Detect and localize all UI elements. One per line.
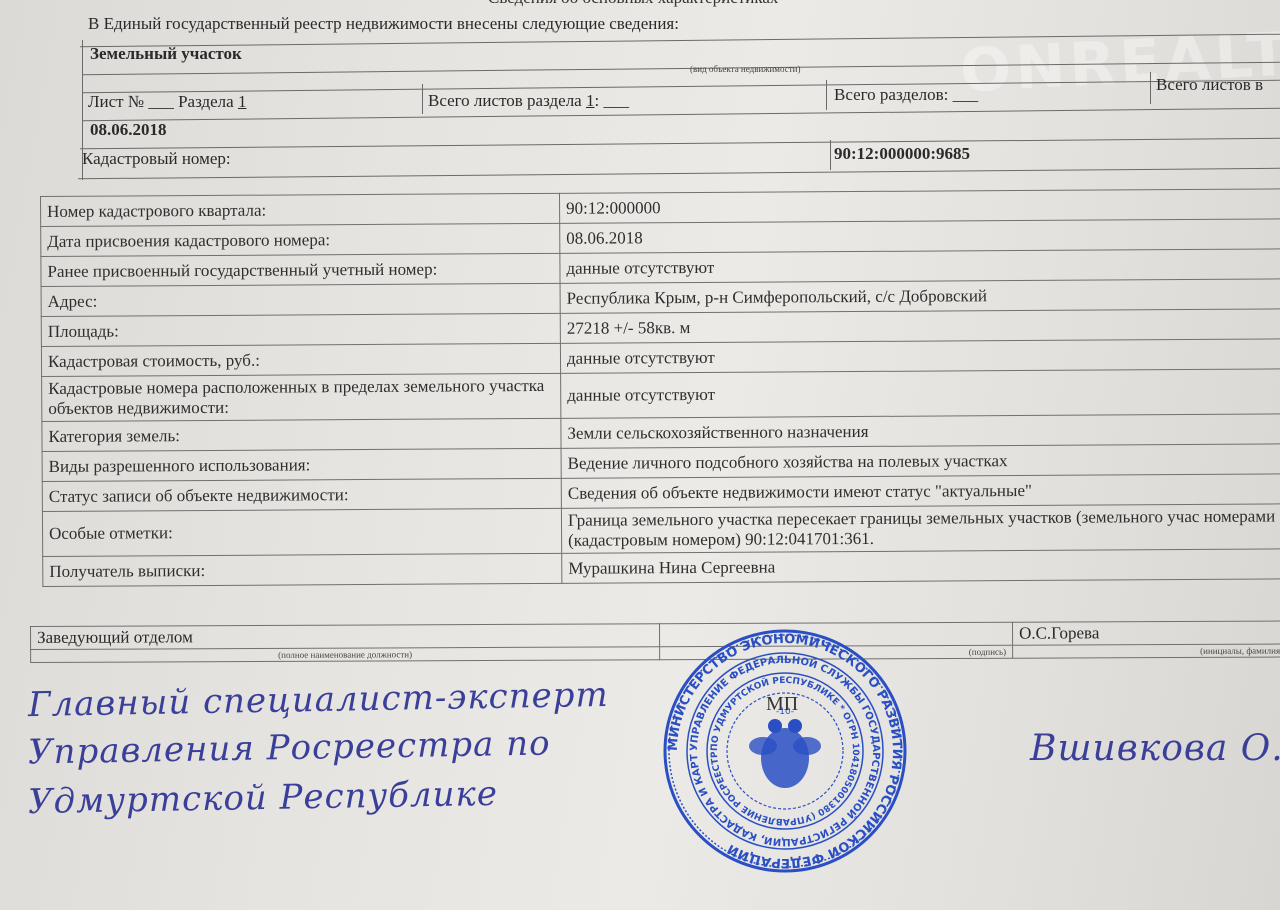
section-heading: Сведения об основных характеристиках	[488, 0, 778, 8]
row-value: 08.06.2018	[560, 219, 1280, 254]
stamp-seal-icon: МИНИСТЕРСТВО ЭКОНОМИЧЕСКОГО РАЗВИТИЯ РОС…	[662, 628, 908, 874]
handwritten-line-3: Удмуртской Республике	[28, 774, 499, 822]
signature-table: Заведующий отделом О.С.Горева (полное на…	[30, 621, 1280, 663]
total-sheets-label: Всего листов в	[1156, 75, 1263, 95]
document-date: 08.06.2018	[90, 120, 167, 140]
cadastral-number-label: Кадастровый номер:	[82, 149, 231, 169]
row-label: Адрес:	[41, 283, 560, 316]
official-stamp: МИНИСТЕРСТВО ЭКОНОМИЧЕСКОГО РАЗВИТИЯ РОС…	[662, 628, 908, 874]
row-label: Получатель выписки:	[43, 553, 562, 586]
row-label: Кадастровые номера расположенных в преде…	[42, 373, 561, 421]
sheet-info: Лист № ___ Раздела 1	[88, 92, 246, 112]
divider	[80, 138, 1280, 149]
section-label: Раздела	[178, 92, 234, 111]
row-label: Номер кадастрового квартала:	[41, 193, 560, 226]
row-value: Ведение личного подсобного хозяйства на …	[561, 444, 1280, 479]
row-label: Дата присвоения кадастрового номера:	[41, 223, 560, 256]
handwritten-line-1: Главный специалист-эксперт	[28, 675, 609, 725]
object-type-caption: (вид объекта недвижимости)	[690, 64, 800, 74]
document-page: ONREALT Сведения об основных характерист…	[0, 0, 1280, 910]
row-label: Площадь:	[41, 313, 560, 346]
row-label: Особые отметки:	[42, 508, 561, 556]
cadastral-number-value: 90:12:000000:9685	[834, 144, 970, 164]
row-value: данные отсутствуют	[560, 339, 1280, 374]
section-value: 1	[238, 92, 247, 111]
row-value: данные отсутствуют	[561, 369, 1280, 419]
divider	[422, 84, 423, 114]
row-label: Кадастровая стоимость, руб.:	[41, 343, 560, 376]
handwritten-line-2: Управления Росреестра по	[28, 723, 551, 772]
divider	[1150, 72, 1151, 104]
table-row: Кадастровые номера расположенных в преде…	[42, 369, 1280, 422]
total-sections: Всего разделов: ___	[834, 85, 978, 105]
row-value: Земли сельскохозяйственного назначения	[561, 414, 1280, 449]
divider	[830, 140, 831, 170]
sheet-no-label: Лист №	[88, 92, 144, 111]
name-caption: (инициалы, фамилия)	[1013, 644, 1280, 658]
total-section-sheets: Всего листов раздела 1: ___	[428, 91, 629, 111]
row-label: Ранее присвоенный государственный учетны…	[41, 253, 560, 286]
intro-text: В Единый государственный реестр недвижим…	[88, 14, 679, 34]
position-caption: (полное наименование должности)	[31, 647, 660, 663]
row-value: 27218 +/- 58кв. м	[560, 309, 1280, 344]
row-label: Виды разрешенного использования:	[42, 448, 561, 481]
row-label: Статус записи об объекте недвижимости:	[42, 478, 561, 511]
divider	[78, 168, 1280, 179]
row-value: Республика Крым, р-н Симферопольский, с/…	[560, 279, 1280, 314]
divider	[826, 80, 827, 110]
row-value: Сведения об объекте недвижимости имеют с…	[561, 474, 1280, 509]
object-type: Земельный участок	[90, 44, 242, 64]
row-label: Категория земель:	[42, 418, 561, 451]
position-cell: Заведующий отделом	[31, 624, 660, 650]
total-sections-label: Всего разделов:	[834, 85, 948, 104]
total-sections-value: ___	[953, 85, 979, 104]
total-section-sheets-suffix: : ___	[594, 91, 628, 110]
handwritten-signature: Вшивкова О.	[1030, 728, 1280, 769]
svg-text:ПО УДМУРТСКОЙ РЕСПУБЛИКЕ * ОГР: ПО УДМУРТСКОЙ РЕСПУБЛИКЕ * ОГРН 10418050…	[662, 628, 860, 826]
row-value: данные отсутствуют	[560, 249, 1280, 284]
divider	[82, 108, 1280, 122]
row-value: Граница земельного участка пересекает гр…	[561, 504, 1280, 554]
row-value: Мурашкина Нина Сергеевна	[562, 549, 1280, 584]
property-info-table: Номер кадастрового квартала:90:12:000000…	[40, 188, 1280, 587]
table-row: Особые отметки:Граница земельного участк…	[42, 504, 1280, 557]
table-row: Получатель выписки:Мурашкина Нина Сергее…	[43, 549, 1280, 587]
total-section-sheets-label: Всего листов раздела	[428, 91, 582, 110]
sheet-no-value: ___	[148, 92, 174, 111]
svg-text:МП: МП	[766, 693, 798, 715]
name-cell: О.С.Горева	[1012, 621, 1280, 645]
row-value: 90:12:000000	[559, 189, 1280, 224]
